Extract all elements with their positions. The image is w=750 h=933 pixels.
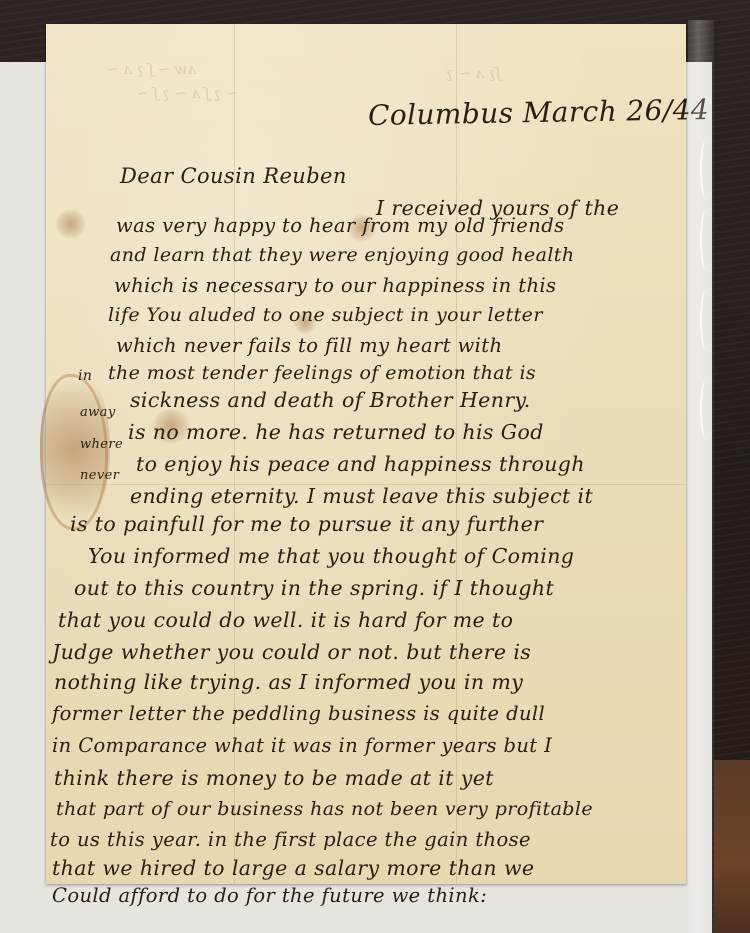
letter-line: the most tender feelings of emotion that…: [108, 362, 536, 384]
bleed-through-text: ʃʅ ᴧ ~ ʅ: [446, 64, 500, 82]
letter-line: to enjoy his peace and happiness through: [136, 452, 585, 476]
letter-line: that part of our business has not been v…: [56, 798, 593, 820]
letter-line: that you could do well. it is hard for m…: [58, 608, 513, 632]
sleeve-glare: [700, 380, 712, 440]
letter-line: is to painfull for me to pursue it any f…: [70, 512, 543, 536]
letter-line: think there is money to be made at it ye…: [54, 766, 494, 790]
letter-line: and learn that they were enjoying good h…: [110, 244, 574, 266]
margin-note: in: [78, 368, 92, 384]
letter-line: out to this country in the spring. if I …: [74, 576, 554, 600]
foxing-spot: [56, 209, 86, 239]
letter-line: which is necessary to our happiness in t…: [114, 274, 556, 297]
letter-line: nothing like trying. as I informed you i…: [54, 670, 523, 694]
wood-edge: [714, 760, 750, 933]
letter-line: to us this year. in the first place the …: [50, 828, 531, 851]
letter-line: You informed me that you thought of Comi…: [88, 544, 574, 568]
letter-line: in Comparance what it was in former year…: [52, 734, 552, 757]
margin-note: where: [80, 437, 123, 452]
letter-line: former letter the peddling business is q…: [52, 702, 545, 725]
bleed-through-text: ~ ʅ ʃ ᴧ ~ ʅ ʃ ~: [136, 84, 238, 102]
sleeve-glare: [700, 140, 712, 200]
letter-line: which never fails to fill my heart with: [116, 334, 502, 357]
letter-line: Could afford to do for the future we thi…: [52, 884, 487, 907]
letter-salutation: Dear Cousin Reuben: [120, 164, 347, 188]
letter-line: was very happy to hear from my old frien…: [116, 214, 565, 237]
letter-line: life You aluded to one subject in your l…: [108, 304, 543, 326]
sleeve-glare: [700, 290, 712, 350]
margin-note: never: [80, 468, 119, 483]
margin-note: away: [80, 405, 116, 420]
letter-line: is no more. he has returned to his God: [128, 420, 544, 444]
letter-heading: Columbus March 26/44: [368, 93, 710, 132]
bleed-through-text: ᴧw ~ ʃ ʅ ᴧ ~: [106, 60, 196, 78]
letter-line: ending eternity. I must leave this subje…: [130, 484, 593, 508]
letter-line: that we hired to large a salary more tha…: [52, 856, 534, 880]
sleeve-glare: [700, 210, 712, 270]
letter-line: Judge whether you could or not. but ther…: [52, 640, 531, 664]
letter-line: sickness and death of Brother Henry.: [130, 388, 531, 412]
